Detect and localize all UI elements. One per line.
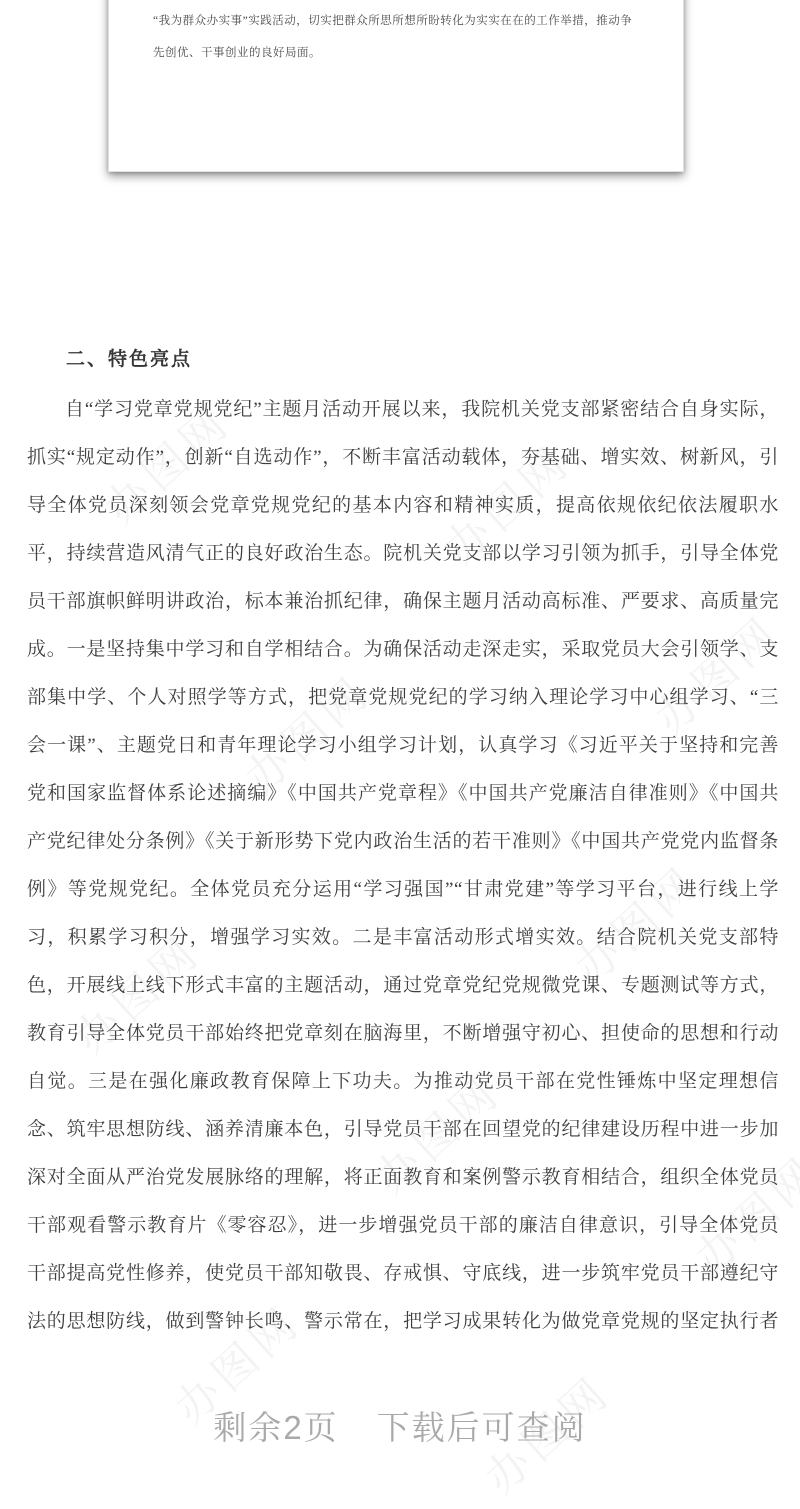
document-preview: “我为群众办实事”实践活动，切实把群众所思所想所盼转化为实实在在的工作举措，推动… (0, 0, 800, 1509)
remaining-pages-label: 剩余2页 (213, 1409, 338, 1446)
section-heading: 二、特色亮点 (66, 344, 192, 371)
remaining-pages-bar: 剩余2页下载后可查阅 (0, 1402, 800, 1449)
doc-page-1-line: 先创优、干事创业的良好局面。 (153, 37, 645, 69)
doc-page-1-line: “我为群众办实事”实践活动，切实把群众所思所想所盼转化为实实在在的工作举措，推动… (153, 5, 645, 37)
body-paragraph: 自“学习党章党规党纪”主题月活动开展以来，我院机关党支部紧密结合自身实际，抓实“… (27, 386, 779, 1346)
doc-page-1: “我为群众办实事”实践活动，切实把群众所思所想所盼转化为实实在在的工作举措，推动… (108, 0, 684, 172)
doc-page-1-text: “我为群众办实事”实践活动，切实把群众所思所想所盼转化为实实在在的工作举措，推动… (109, 0, 683, 69)
download-hint-label: 下载后可查阅 (377, 1409, 587, 1446)
